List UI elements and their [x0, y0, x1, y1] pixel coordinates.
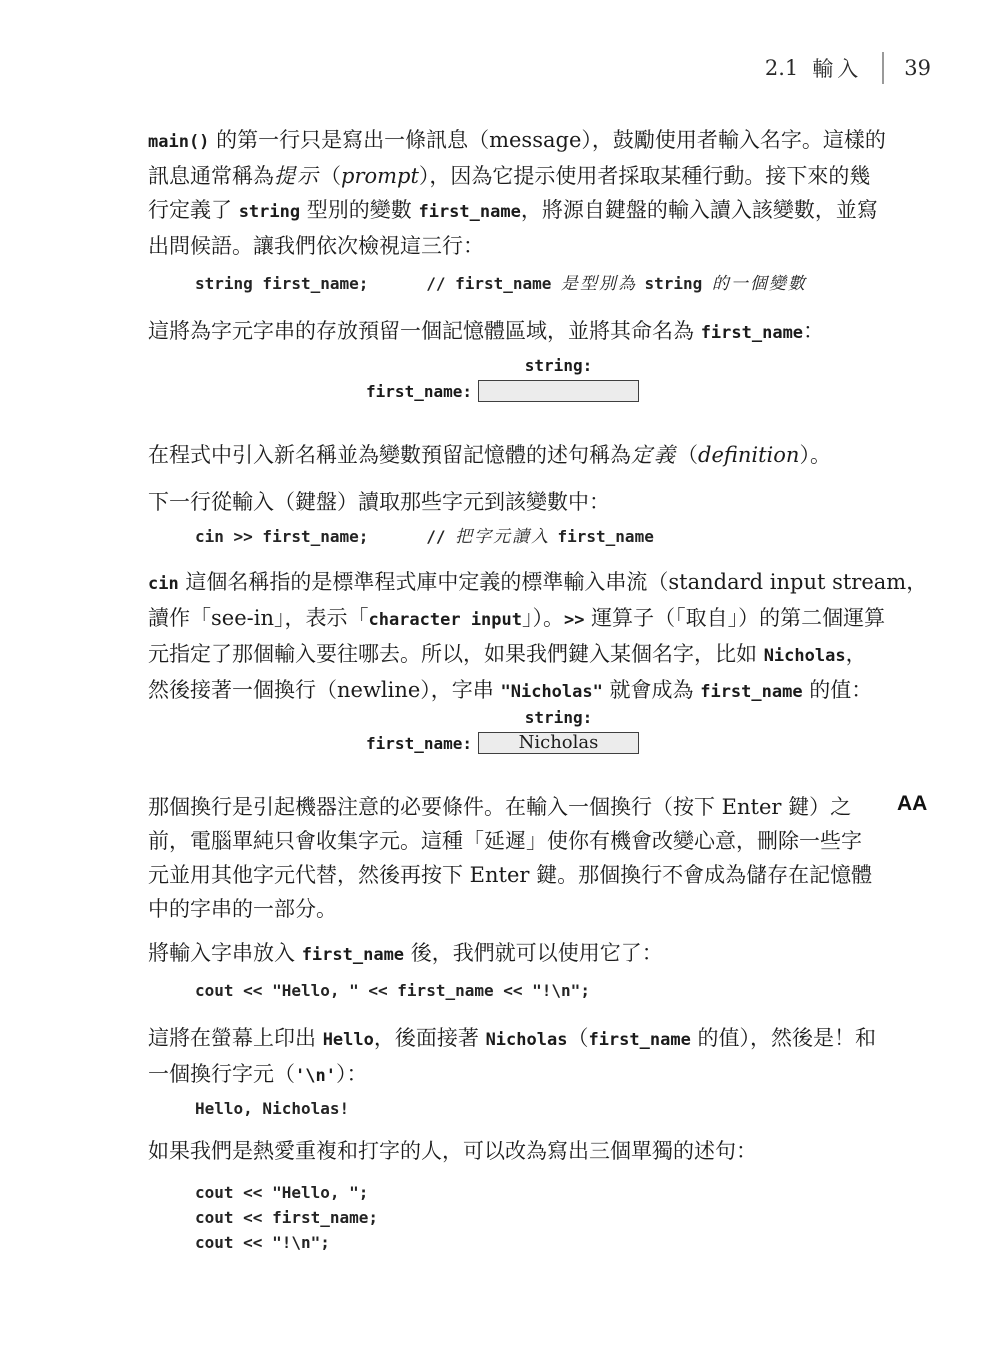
- text-line: cin >> first_name; // 把字元讀入 first_name: [195, 524, 654, 550]
- text-line: cout << "Hello, " << first_name << "!\n"…: [195, 978, 590, 1004]
- paragraph-output-explanation: 這將在螢幕上印出 Hello，後面接著 Nicholas（first_name …: [148, 1021, 908, 1093]
- text-segment: 後，我們就可以使用它了：: [404, 941, 663, 965]
- text-line: 然後接著一個換行（newline），字串 "Nicholas" 就會成為 fir…: [148, 673, 908, 709]
- text-segment: 出問候語。讓我們依次檢視這三行：: [148, 234, 484, 258]
- diagram-type-label: string:: [478, 708, 639, 732]
- inline-code: Nicholas: [764, 646, 846, 666]
- inline-code: first_name: [418, 202, 520, 222]
- text-line: cout << first_name;: [195, 1205, 378, 1230]
- text-line: cout << "!\n";: [195, 1230, 378, 1255]
- inline-code: Hello, Nicholas!: [195, 1099, 349, 1118]
- inline-code: cin: [148, 574, 179, 594]
- text-line: 前，電腦單純只會收集字元。這種「延遲」使你有機會改變心意，刪除一些字: [148, 824, 908, 858]
- book-page: 2.1 輸入 39 main() 的第一行只是寫出一條訊息（message），鼓…: [0, 0, 1000, 1353]
- text-segment: 那個換行是引起機器注意的必要條件。在輸入一個換行（按下 Enter 鍵）之: [148, 795, 851, 819]
- text-line: 讀作「see-in」，表示「character input」）。>> 運算子（「…: [148, 601, 908, 637]
- text-line: 元並用其他字元代替，然後再按下 Enter 鍵。那個換行不會成為儲存在記憶體: [148, 858, 908, 892]
- text-line: 如果我們是熱愛重複和打字的人，可以改為寫出三個單獨的述句：: [148, 1134, 908, 1168]
- text-segment: ，後面接著: [374, 1026, 486, 1050]
- code-string-declaration: string first_name; // first_name 是型別為 st…: [195, 271, 807, 297]
- text-segment: 前，電腦單純只會收集字元。這種「延遲」使你有機會改變心意，刪除一些字: [148, 829, 862, 853]
- inline-code: cout << "Hello, " << first_name << "!\n"…: [195, 981, 590, 1000]
- inline-code: cout << "!\n";: [195, 1233, 330, 1252]
- text-segment: 這將為字元字串的存放預留一個記憶體區域，並將其命名為: [148, 319, 701, 343]
- text-line: 在程式中引入新名稱並為變數預留記憶體的述句稱為定義（definition）。: [148, 438, 908, 472]
- inline-code: >>: [564, 610, 584, 630]
- text-line: string first_name; // first_name 是型別為 st…: [195, 271, 807, 297]
- inline-code: first_name: [302, 945, 404, 965]
- text-segment: 行定義了: [148, 198, 239, 222]
- text-segment: 的第一行只是寫出一條訊息（message），鼓勵使用者輸入名字。這樣的: [209, 128, 885, 152]
- text-segment: ，: [846, 642, 867, 666]
- code-three-couts: cout << "Hello, ";cout << first_name;cou…: [195, 1180, 378, 1255]
- text-line: 下一行從輸入（鍵盤）讀取那些字元到該變數中：: [148, 485, 908, 519]
- inline-code: main(): [148, 132, 209, 152]
- inline-code: first_name: [588, 1030, 690, 1050]
- inline-code: Hello: [323, 1030, 374, 1050]
- text-line: 訊息通常稱為提示（prompt），因為它提示使用者採取某種行動。接下來的幾: [148, 159, 908, 193]
- text-segment: ）。: [799, 443, 831, 467]
- text-line: Hello, Nicholas!: [195, 1096, 349, 1122]
- inline-code: '\n': [295, 1066, 336, 1086]
- diagram-value-box: Nicholas: [478, 732, 639, 754]
- diagram-row: first_name:: [350, 380, 650, 402]
- inline-code: cout << "Hello, ";: [195, 1183, 368, 1202]
- header-divider: [882, 52, 884, 84]
- paragraph-newline-requirement: 那個換行是引起機器注意的必要條件。在輸入一個換行（按下 Enter 鍵）之前，電…: [148, 790, 908, 926]
- text-segment: 提示: [274, 164, 320, 188]
- text-line: cin 這個名稱指的是標準程式庫中定義的標準輸入串流（standard inpu…: [148, 565, 908, 601]
- section-number: 2.1: [765, 56, 798, 80]
- inline-code: character input: [368, 610, 522, 630]
- text-segment: 把字元讀入: [455, 527, 557, 547]
- text-segment: ），因為它提示使用者採取某種行動。接下來的幾: [419, 164, 871, 188]
- text-segment: definition: [698, 443, 799, 467]
- text-segment: （: [677, 443, 698, 467]
- text-segment: 型別的變數: [300, 198, 418, 222]
- text-segment: 一個換行字元（: [148, 1062, 295, 1086]
- inline-code: cin >> first_name; //: [195, 527, 455, 546]
- inline-code: string first_name; // first_name: [195, 274, 561, 293]
- paragraph-three-statements: 如果我們是熱愛重複和打字的人，可以改為寫出三個單獨的述句：: [148, 1134, 908, 1168]
- inline-code: first_name: [558, 527, 654, 546]
- diagram-variable-label: first_name:: [350, 382, 472, 401]
- text-segment: ）：: [336, 1062, 368, 1086]
- text-segment: 就會成為: [603, 678, 700, 702]
- text-line: main() 的第一行只是寫出一條訊息（message），鼓勵使用者輸入名字。這…: [148, 123, 908, 159]
- text-segment: 的值），然後是！和: [691, 1026, 876, 1050]
- code-cin-read: cin >> first_name; // 把字元讀入 first_name: [195, 524, 654, 550]
- code-cout-hello: cout << "Hello, " << first_name << "!\n"…: [195, 978, 590, 1004]
- text-segment: 這將在螢幕上印出: [148, 1026, 323, 1050]
- text-line: cout << "Hello, ";: [195, 1180, 378, 1205]
- text-segment: 訊息通常稱為: [148, 164, 274, 188]
- memory-diagram-empty: string: first_name:: [350, 356, 650, 402]
- text-segment: 下一行從輸入（鍵盤）讀取那些字元到該變數中：: [148, 490, 610, 514]
- text-segment: ，將源自鍵盤的輸入讀入該變數，並寫: [521, 198, 878, 222]
- diagram-row: first_name: Nicholas: [350, 732, 650, 754]
- paragraph-next-line: 下一行從輸入（鍵盤）讀取那些字元到該變數中：: [148, 485, 908, 519]
- code-output-result: Hello, Nicholas!: [195, 1096, 349, 1122]
- text-segment: ：: [803, 319, 824, 343]
- inline-code: cout << first_name;: [195, 1208, 378, 1227]
- text-segment: 的值：: [803, 678, 873, 702]
- paragraph-memory-reserve: 這將為字元字串的存放預留一個記憶體區域，並將其命名為 first_name：: [148, 314, 908, 350]
- page-header: 2.1 輸入 39: [0, 52, 931, 84]
- text-segment: 運算子（「取自」）的第二個運算: [584, 606, 885, 630]
- margin-annotation: AA: [897, 792, 927, 816]
- text-line: 這將為字元字串的存放預留一個記憶體區域，並將其命名為 first_name：: [148, 314, 908, 350]
- text-segment: 讀作「see-in」，表示「: [148, 606, 368, 630]
- text-line: 將輸入字串放入 first_name 後，我們就可以使用它了：: [148, 936, 908, 972]
- diagram-variable-label: first_name:: [350, 734, 472, 753]
- text-line: 這將在螢幕上印出 Hello，後面接著 Nicholas（first_name …: [148, 1021, 908, 1057]
- text-segment: 在程式中引入新名稱並為變數預留記憶體的述句稱為: [148, 443, 631, 467]
- paragraph-definition: 在程式中引入新名稱並為變數預留記憶體的述句稱為定義（definition）。: [148, 438, 908, 472]
- text-segment: 的一個變數: [712, 274, 807, 294]
- text-line: 出問候語。讓我們依次檢視這三行：: [148, 229, 908, 263]
- text-segment: 將輸入字串放入: [148, 941, 302, 965]
- paragraph-intro: main() 的第一行只是寫出一條訊息（message），鼓勵使用者輸入名字。這…: [148, 123, 908, 263]
- text-line: 行定義了 string 型別的變數 first_name，將源自鍵盤的輸入讀入該…: [148, 193, 908, 229]
- text-segment: （: [320, 164, 341, 188]
- inline-code: Nicholas: [486, 1030, 568, 1050]
- text-segment: 是型別為: [561, 274, 644, 294]
- inline-code: "Nicholas": [501, 682, 603, 702]
- text-segment: 這個名稱指的是標準程式庫中定義的標準輸入串流（standard input st…: [179, 570, 928, 594]
- inline-code: first_name: [701, 323, 803, 343]
- inline-code: string: [644, 274, 711, 293]
- memory-diagram-nicholas: string: first_name: Nicholas: [350, 708, 650, 754]
- text-line: 一個換行字元（'\n'）：: [148, 1057, 908, 1093]
- text-segment: 如果我們是熱愛重複和打字的人，可以改為寫出三個單獨的述句：: [148, 1139, 757, 1163]
- inline-code: string: [239, 202, 300, 222]
- text-segment: prompt: [341, 164, 419, 188]
- text-segment: 中的字串的一部分。: [148, 897, 337, 921]
- text-segment: 元指定了那個輸入要往哪去。所以，如果我們鍵入某個名字，比如: [148, 642, 764, 666]
- paragraph-cin-explanation: cin 這個名稱指的是標準程式庫中定義的標準輸入串流（standard inpu…: [148, 565, 908, 709]
- text-line: 中的字串的一部分。: [148, 892, 908, 926]
- inline-code: first_name: [700, 682, 802, 702]
- text-segment: 然後接著一個換行（newline），字串: [148, 678, 501, 702]
- text-segment: 定義: [631, 443, 677, 467]
- text-segment: （: [567, 1026, 588, 1050]
- text-line: 元指定了那個輸入要往哪去。所以，如果我們鍵入某個名字，比如 Nicholas，: [148, 637, 908, 673]
- text-segment: 」）。: [522, 606, 564, 630]
- diagram-type-label: string:: [478, 356, 639, 380]
- text-line: 那個換行是引起機器注意的必要條件。在輸入一個換行（按下 Enter 鍵）之: [148, 790, 908, 824]
- section-title: 輸入: [812, 53, 862, 83]
- diagram-value-box: [478, 380, 639, 402]
- paragraph-use-string: 將輸入字串放入 first_name 後，我們就可以使用它了：: [148, 936, 908, 972]
- text-segment: 元並用其他字元代替，然後再按下 Enter 鍵。那個換行不會成為儲存在記憶體: [148, 863, 872, 887]
- page-number: 39: [904, 56, 931, 80]
